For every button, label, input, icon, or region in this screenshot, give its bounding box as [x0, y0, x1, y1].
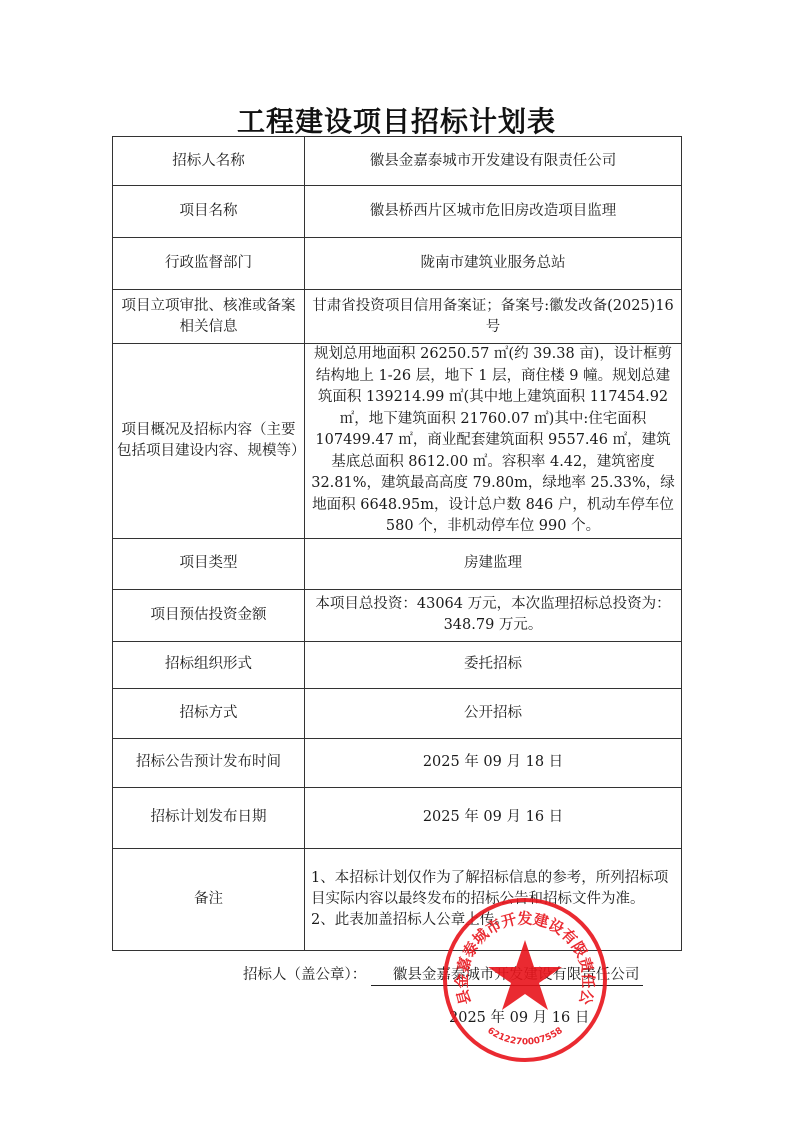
table-row: 项目名称 徽县桥西片区城市危旧房改造项目监理: [113, 186, 682, 238]
row-label: 项目立项审批、核准或备案相关信息: [113, 290, 305, 344]
table-row: 招标计划发布日期 2025 年 09 月 16 日: [113, 787, 682, 848]
table-row: 招标方式 公开招标: [113, 688, 682, 738]
row-value: 2025 年 09 月 16 日: [305, 787, 682, 848]
row-value: 陇南市建筑业服务总站: [305, 238, 682, 290]
table-row: 行政监督部门 陇南市建筑业服务总站: [113, 238, 682, 290]
document-title: 工程建设项目招标计划表: [0, 100, 793, 140]
row-label: 招标人名称: [113, 137, 305, 186]
row-label: 招标公告预计发布时间: [113, 738, 305, 787]
row-label: 项目类型: [113, 538, 305, 589]
table-row: 招标人名称 徽县金嘉泰城市开发建设有限责任公司: [113, 137, 682, 186]
table-row: 项目预估投资金额 本项目总投资：43064 万元，本次监理招标总投资为：348.…: [113, 589, 682, 641]
row-value: 委托招标: [305, 641, 682, 688]
row-label: 招标计划发布日期: [113, 787, 305, 848]
table-row: 项目概况及招标内容（主要包括项目建设内容、规模等） 规划总用地面积 26250.…: [113, 344, 682, 539]
row-value: 本项目总投资：43064 万元，本次监理招标总投资为：348.79 万元。: [305, 589, 682, 641]
table-row: 招标组织形式 委托招标: [113, 641, 682, 688]
row-value: 徽县桥西片区城市危旧房改造项目监理: [305, 186, 682, 238]
row-value: 2025 年 09 月 18 日: [305, 738, 682, 787]
row-value: 规划总用地面积 26250.57 ㎡(约 39.38 亩)，设计框剪结构地上 1…: [305, 344, 682, 539]
row-label: 项目预估投资金额: [113, 589, 305, 641]
company-seal-icon: 徽县金嘉泰城市开发建设有限责任公司 6212270007558: [440, 895, 610, 1065]
table-row: 招标公告预计发布时间 2025 年 09 月 18 日: [113, 738, 682, 787]
row-value: 徽县金嘉泰城市开发建设有限责任公司: [305, 137, 682, 186]
seal-code: 6212270007558: [485, 1026, 564, 1048]
row-value: 公开招标: [305, 688, 682, 738]
row-label: 备注: [113, 848, 305, 950]
table-row: 项目类型 房建监理: [113, 538, 682, 589]
row-label: 招标组织形式: [113, 641, 305, 688]
row-value: 房建监理: [305, 538, 682, 589]
row-label: 项目概况及招标内容（主要包括项目建设内容、规模等）: [113, 344, 305, 539]
row-value: 甘肃省投资项目信用备案证；备案号:徽发改备(2025)16 号: [305, 290, 682, 344]
table-row: 项目立项审批、核准或备案相关信息 甘肃省投资项目信用备案证；备案号:徽发改备(2…: [113, 290, 682, 344]
row-label: 项目名称: [113, 186, 305, 238]
bid-plan-table: 招标人名称 徽县金嘉泰城市开发建设有限责任公司 项目名称 徽县桥西片区城市危旧房…: [112, 136, 682, 951]
row-label: 行政监督部门: [113, 238, 305, 290]
signature-label: 招标人（盖公章）：: [243, 967, 366, 983]
row-label: 招标方式: [113, 688, 305, 738]
svg-text:6212270007558: 6212270007558: [485, 1026, 564, 1048]
